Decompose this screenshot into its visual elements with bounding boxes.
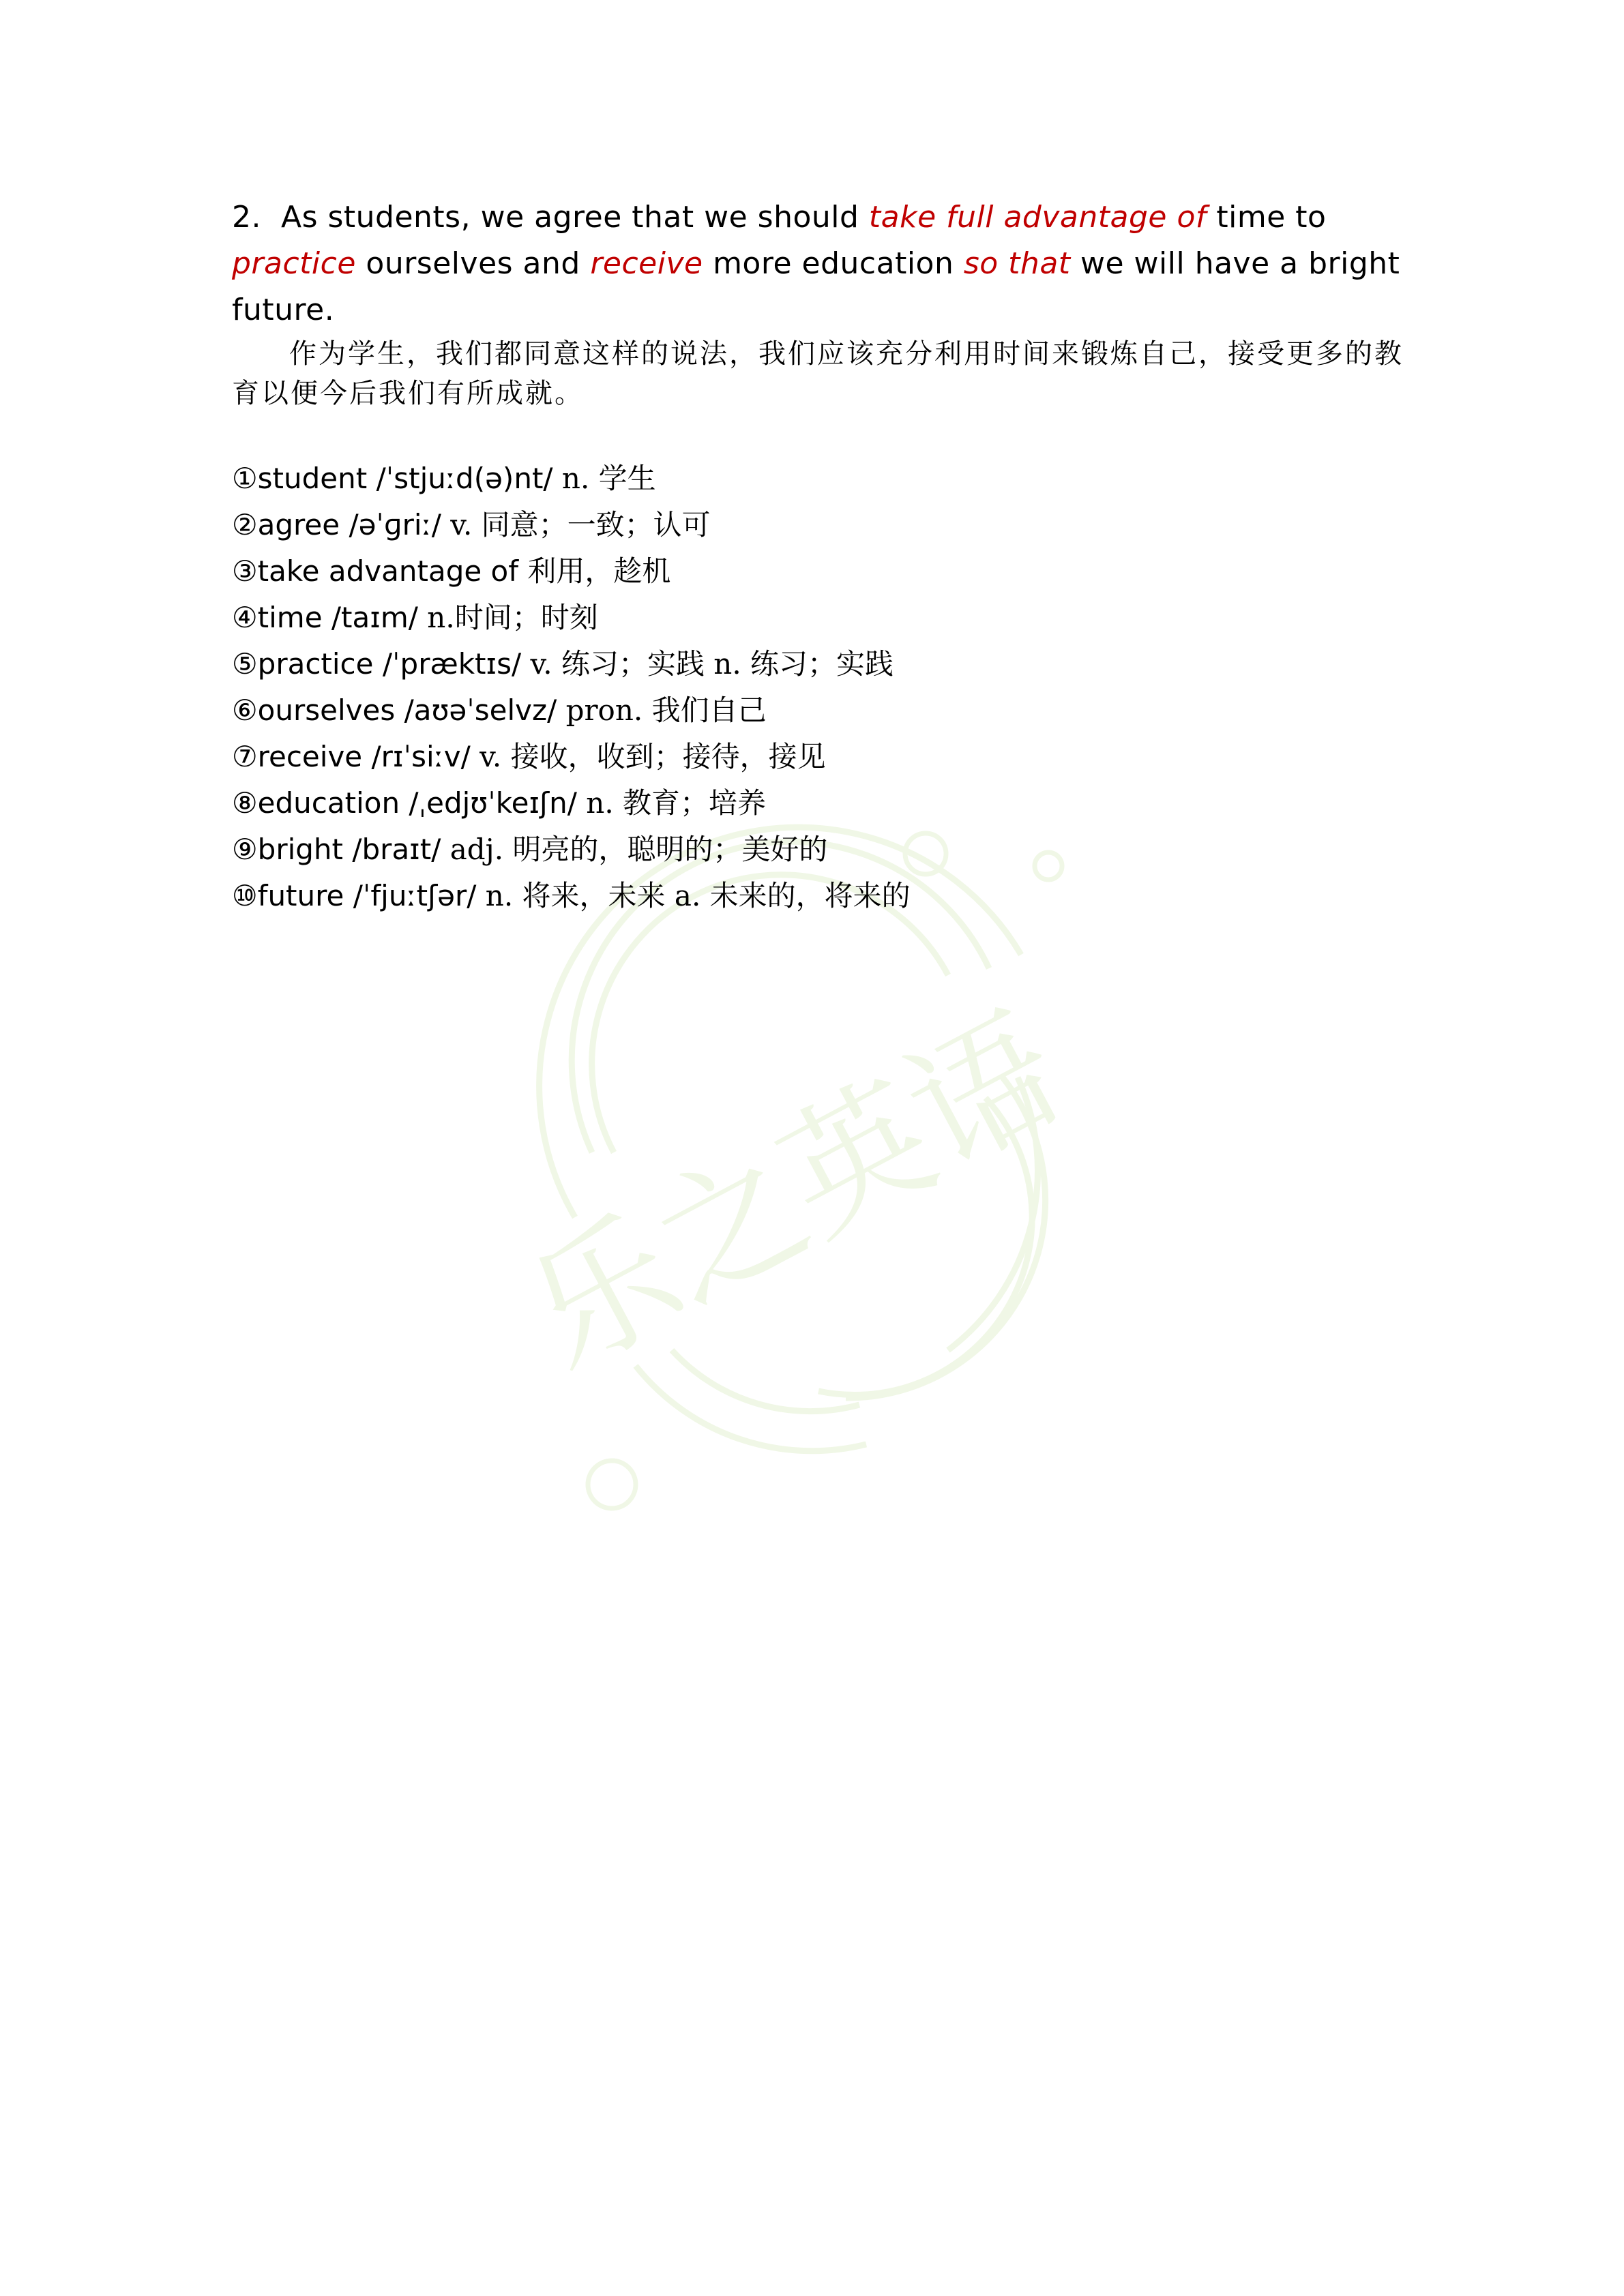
vocab-phonetic: /ˈfjuːtʃər/ <box>353 879 486 912</box>
vocab-marker: ② <box>232 508 258 541</box>
vocab-meaning: n.时间；时刻 <box>427 601 597 634</box>
highlighted-phrase: practice <box>232 246 356 281</box>
sentence-text: ourselves and <box>356 246 590 281</box>
vocab-phonetic: /ˈstjuːd(ə)nt/ <box>377 462 562 495</box>
document-page: 乐之英语 2. As students, we agree that we sh… <box>0 0 1624 2296</box>
vocab-item: ⑨bright /braɪt/ adj. 明亮的，聪明的；美好的 <box>232 826 1460 873</box>
vocabulary-list: ①student /ˈstjuːd(ə)nt/ n. 学生②agree /əˈɡ… <box>232 456 1460 919</box>
vocab-marker: ⑦ <box>232 740 258 773</box>
vocab-marker: ⑨ <box>232 833 258 866</box>
vocab-phonetic: /braɪt/ <box>352 833 449 866</box>
vocab-phonetic: /aʊəˈselvz/ <box>404 694 566 727</box>
vocab-word: receive <box>258 740 372 773</box>
vocab-meaning: pron. 我们自己 <box>566 694 767 727</box>
vocab-item: ②agree /əˈɡriː/ v. 同意；一致；认可 <box>232 502 1460 548</box>
vocab-meaning: n. 学生 <box>562 462 656 495</box>
vocab-meaning: v. 接收，收到；接待，接见 <box>479 740 825 773</box>
vocab-meaning: n. 教育；培养 <box>586 786 766 820</box>
vocab-word: agree <box>258 508 349 541</box>
vocab-marker: ③ <box>232 554 258 588</box>
sentence-body: As students, we agree that we should tak… <box>232 200 1400 327</box>
vocab-item: ⑩future /ˈfjuːtʃər/ n. 将来，未来 a. 未来的，将来的 <box>232 873 1460 919</box>
vocab-word: student <box>258 462 377 495</box>
highlighted-phrase: so that <box>964 246 1071 281</box>
sentence-number: 2. <box>232 200 261 235</box>
vocab-item: ④time /taɪm/ n.时间；时刻 <box>232 595 1460 641</box>
vocab-phonetic: /rɪˈsiːv/ <box>372 740 480 773</box>
vocab-phonetic: /taɪm/ <box>331 601 427 634</box>
vocab-phonetic: /ˌedjʊˈkeɪʃn/ <box>409 786 586 820</box>
vocab-marker: ⑧ <box>232 786 258 820</box>
vocab-marker: ⑩ <box>232 879 258 912</box>
vocab-phonetic: /ˈpræktɪs/ <box>383 647 531 681</box>
vocab-word: future <box>258 879 353 912</box>
vocab-word: take advantage of <box>258 554 528 588</box>
vocab-item: ⑦receive /rɪˈsiːv/ v. 接收，收到；接待，接见 <box>232 734 1460 780</box>
svg-text:乐之英语: 乐之英语 <box>502 985 1087 1401</box>
vocab-item: ①student /ˈstjuːd(ə)nt/ n. 学生 <box>232 456 1460 502</box>
vocab-marker: ④ <box>232 601 258 634</box>
vocab-marker: ① <box>232 462 258 495</box>
sentence-text: As students, we agree that we should <box>281 200 869 235</box>
vocab-word: time <box>258 601 331 634</box>
highlighted-phrase: receive <box>590 246 703 281</box>
vocab-item: ⑥ourselves /aʊəˈselvz/ pron. 我们自己 <box>232 687 1460 734</box>
vocab-item: ⑧education /ˌedjʊˈkeɪʃn/ n. 教育；培养 <box>232 780 1460 826</box>
vocab-marker: ⑥ <box>232 694 258 727</box>
sentence-text: time to <box>1207 200 1327 235</box>
vocab-phonetic: /əˈɡriː/ <box>349 508 450 541</box>
vocab-meaning: 利用，趁机 <box>527 554 670 588</box>
chinese-translation: 作为学生，我们都同意这样的说法，我们应该充分利用时间来锻炼自己，接受更多的教育以… <box>232 334 1405 413</box>
example-sentence: 2. As students, we agree that we should … <box>232 194 1405 333</box>
vocab-word: practice <box>258 647 383 681</box>
highlighted-phrase: take full advantage of <box>869 200 1207 235</box>
vocab-meaning: adj. 明亮的，聪明的；美好的 <box>450 833 828 866</box>
vocab-word: ourselves <box>258 694 404 727</box>
vocab-meaning: v. 练习；实践 n. 练习；实践 <box>531 647 894 681</box>
vocab-marker: ⑤ <box>232 647 258 681</box>
vocab-word: education <box>258 786 409 820</box>
vocab-word: bright <box>258 833 353 866</box>
vocab-item: ⑤practice /ˈpræktɪs/ v. 练习；实践 n. 练习；实践 <box>232 641 1460 687</box>
vocab-meaning: v. 同意；一致；认可 <box>450 508 710 541</box>
vocab-meaning: n. 将来，未来 a. 未来的，将来的 <box>486 879 911 912</box>
vocab-item: ③take advantage of 利用，趁机 <box>232 548 1460 595</box>
sentence-text: more education <box>703 246 964 281</box>
